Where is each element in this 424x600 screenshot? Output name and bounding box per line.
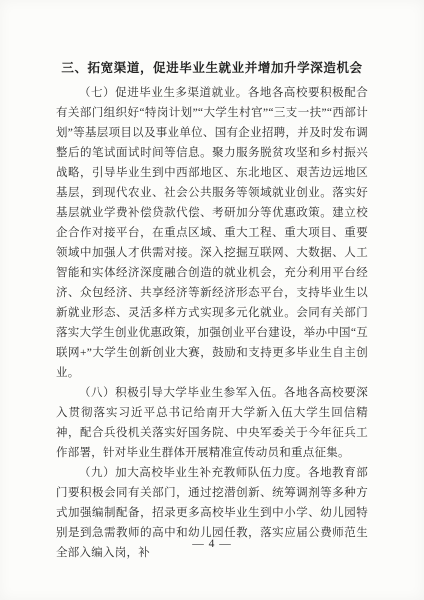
page-number: — 4 — xyxy=(0,538,424,550)
paragraph-item-7: （七）促进毕业生多渠道就业。各地各高校要积极配合有关部门组织好“特岗计划”“大学… xyxy=(56,83,368,383)
document-body: 三、拓宽渠道，促进毕业生就业并增加升学深造机会 （七）促进毕业生多渠道就业。各地… xyxy=(56,58,368,563)
section-heading: 三、拓宽渠道，促进毕业生就业并增加升学深造机会 xyxy=(56,58,368,76)
scanned-document-page: 三、拓宽渠道，促进毕业生就业并增加升学深造机会 （七）促进毕业生多渠道就业。各地… xyxy=(0,0,424,600)
paragraph-item-8: （八）积极引导大学毕业生参军入伍。各地各高校要深入贯彻落实习近平总书记给南开大学… xyxy=(56,383,368,463)
